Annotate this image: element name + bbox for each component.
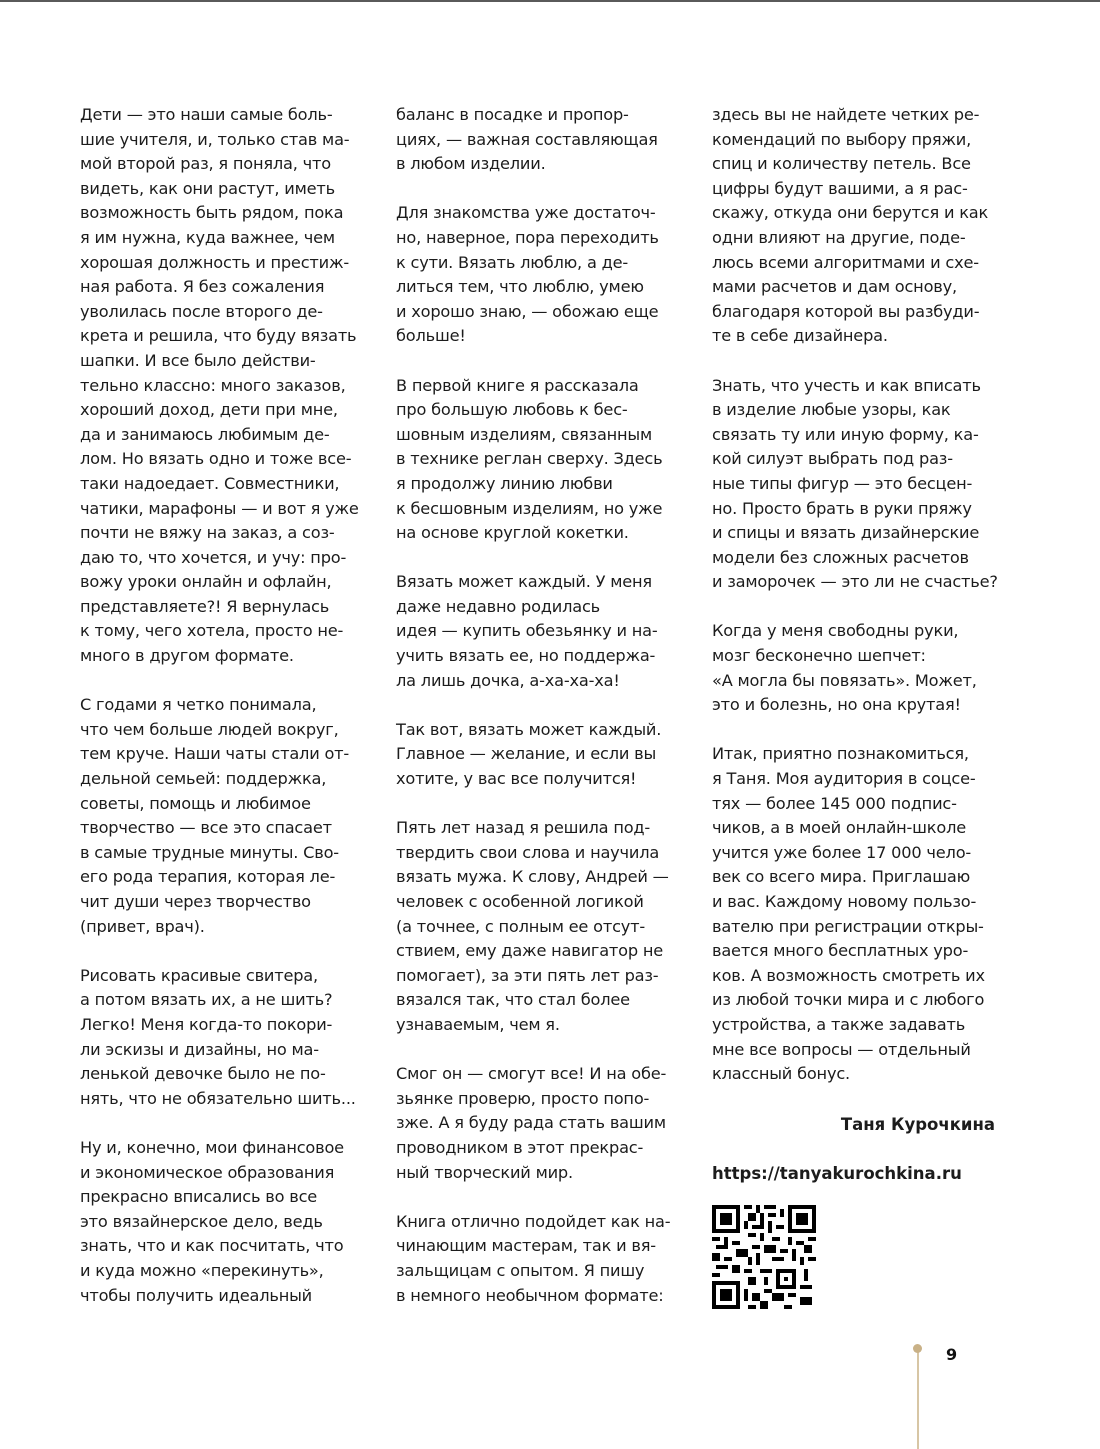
page-marker-dot-icon bbox=[913, 1344, 922, 1353]
page-number: 9 bbox=[946, 1345, 957, 1365]
text-line: даю то, что хочется, и учу: про- bbox=[80, 546, 380, 571]
text-line: чинающим мастерам, так и вя- bbox=[396, 1234, 696, 1259]
paragraph: Пять лет назад я решила под- твердить св… bbox=[396, 816, 696, 1037]
text-line: век со всего мира. Приглашаю bbox=[712, 865, 1012, 890]
text-line: вожу уроки онлайн и офлайн, bbox=[80, 570, 380, 595]
text-line: Главное — желание, и если вы bbox=[396, 742, 696, 767]
text-line: больше! bbox=[396, 324, 696, 349]
text-line: к бесшовным изделиям, но уже bbox=[396, 497, 696, 522]
text-line: те в себе дизайнера. bbox=[712, 324, 1012, 349]
text-line: цифры будут вашими, а я рас- bbox=[712, 177, 1012, 202]
text-line: знать, что и как посчитать, что bbox=[80, 1234, 380, 1259]
text-line: но, наверное, пора переходить bbox=[396, 226, 696, 251]
text-line: мне все вопросы — отдельный bbox=[712, 1038, 1012, 1063]
text-line: много в другом формате. bbox=[80, 644, 380, 669]
text-line: что чем больше людей вокруг, bbox=[80, 718, 380, 743]
paragraph: Так вот, вязать может каждый. Главное — … bbox=[396, 718, 696, 792]
text-line: я Таня. Моя аудитория в соцсе- bbox=[712, 767, 1012, 792]
paragraph: Для знакомства уже достаточ- но, наверно… bbox=[396, 201, 696, 349]
text-line: дельной семьей: поддержка, bbox=[80, 767, 380, 792]
qr-code-icon[interactable] bbox=[712, 1205, 816, 1309]
paragraph: Рисовать красивые свитера, а потом вязат… bbox=[80, 964, 380, 1112]
text-line: ли эскизы и дизайны, но ма- bbox=[80, 1038, 380, 1063]
text-line: возможность быть рядом, пока bbox=[80, 201, 380, 226]
text-line: уволилась после второго де- bbox=[80, 300, 380, 325]
text-line: тельно классно: много заказов, bbox=[80, 374, 380, 399]
text-line: Знать, что учесть и как вписать bbox=[712, 374, 1012, 399]
text-line: прекрасно вписались во все bbox=[80, 1185, 380, 1210]
text-line: Вязать может каждый. У меня bbox=[396, 570, 696, 595]
text-line: и вас. Каждому новому пользо- bbox=[712, 890, 1012, 915]
text-line: мозг бесконечно шепчет: bbox=[712, 644, 1012, 669]
text-line: хороший доход, дети при мне, bbox=[80, 398, 380, 423]
paragraph: Итак, приятно познакомиться, я Таня. Моя… bbox=[712, 742, 1012, 1086]
text-line: творчество — все это спасает bbox=[80, 816, 380, 841]
text-line: крета и решила, что буду вязать bbox=[80, 324, 380, 349]
text-line: на основе круглой кокетки. bbox=[396, 521, 696, 546]
text-line: чит души через творчество bbox=[80, 890, 380, 915]
paragraph: здесь вы не найдете четких ре- комендаци… bbox=[712, 103, 1012, 349]
text-line: я продолжу линию любви bbox=[396, 472, 696, 497]
text-line: в изделие любые узоры, как bbox=[712, 398, 1012, 423]
text-line: литься тем, что люблю, умею bbox=[396, 275, 696, 300]
text-line: Смог он — смогут все! И на обе- bbox=[396, 1062, 696, 1087]
text-line: чтобы получить идеальный bbox=[80, 1284, 380, 1309]
text-line: шовным изделиям, связанным bbox=[396, 423, 696, 448]
text-line: хотите, у вас все получится! bbox=[396, 767, 696, 792]
text-line: зже. А я буду рада стать вашим bbox=[396, 1111, 696, 1136]
paragraph: Смог он — смогут все! И на обе- зьянке п… bbox=[396, 1062, 696, 1185]
text-line: учить вязать ее, но поддержа- bbox=[396, 644, 696, 669]
text-line: представляете?! Я вернулась bbox=[80, 595, 380, 620]
text-line: это и болезнь, но она крутая! bbox=[712, 693, 1012, 718]
text-line: Дети — это наши самые боль- bbox=[80, 103, 380, 128]
text-line: мой второй раз, я поняла, что bbox=[80, 152, 380, 177]
text-line: в немного необычном формате: bbox=[396, 1284, 696, 1309]
text-line: Пять лет назад я решила под- bbox=[396, 816, 696, 841]
text-line: да и занимаюсь любимым де- bbox=[80, 423, 380, 448]
text-line: устройства, а также задавать bbox=[712, 1013, 1012, 1038]
text-line: спиц и количеству петель. Все bbox=[712, 152, 1012, 177]
text-line: узнаваемым, чем я. bbox=[396, 1013, 696, 1038]
text-line: шие учителя, и, только став ма- bbox=[80, 128, 380, 153]
top-border-line bbox=[0, 0, 1100, 2]
text-line: люсь всеми алгоритмами и схе- bbox=[712, 251, 1012, 276]
text-line: советы, помощь и любимое bbox=[80, 792, 380, 817]
author-website-link[interactable]: https://tanyakurochkina.ru bbox=[712, 1162, 962, 1186]
text-line: тем круче. Наши чаты стали от- bbox=[80, 742, 380, 767]
text-line: в самые трудные минуты. Сво- bbox=[80, 841, 380, 866]
text-column-2: баланс в посадке и пропор- циях, — важна… bbox=[396, 103, 696, 1333]
text-line: это вязайнерское дело, ведь bbox=[80, 1210, 380, 1235]
text-line: нять, что не обязательно шить... bbox=[80, 1087, 380, 1112]
text-line: модели без сложных расчетов bbox=[712, 546, 1012, 571]
text-line: Рисовать красивые свитера, bbox=[80, 964, 380, 989]
text-line: циях, — важная составляющая bbox=[396, 128, 696, 153]
text-line: лом. Но вязать одно и тоже все- bbox=[80, 447, 380, 472]
text-line: Когда у меня свободны руки, bbox=[712, 619, 1012, 644]
paragraph: Книга отлично подойдет как на- чинающим … bbox=[396, 1210, 696, 1308]
text-line: Книга отлично подойдет как на- bbox=[396, 1210, 696, 1235]
paragraph: Ну и, конечно, мои финансовое и экономич… bbox=[80, 1136, 380, 1308]
page-marker-line bbox=[917, 1347, 919, 1449]
text-line: учится уже более 17 000 чело- bbox=[712, 841, 1012, 866]
text-line: и экономическое образования bbox=[80, 1161, 380, 1186]
text-line: комендаций по выбору пряжи, bbox=[712, 128, 1012, 153]
text-line: хорошая должность и престиж- bbox=[80, 251, 380, 276]
text-line: ные типы фигур — это бесцен- bbox=[712, 472, 1012, 497]
text-line: «А могла бы повязать». Может, bbox=[712, 669, 1012, 694]
text-line: Так вот, вязать может каждый. bbox=[396, 718, 696, 743]
text-line: вателю при регистрации откры- bbox=[712, 915, 1012, 940]
text-line: чиков, а в моей онлайн-школе bbox=[712, 816, 1012, 841]
text-line: вается много бесплатных уро- bbox=[712, 939, 1012, 964]
text-line: ная работа. Я без сожаления bbox=[80, 275, 380, 300]
text-line: таки надоедает. Совместники, bbox=[80, 472, 380, 497]
text-line: (а точнее, с полным ее отсут- bbox=[396, 915, 696, 940]
text-line: идея — купить обезьянку и на- bbox=[396, 619, 696, 644]
text-line: проводником в этот прекрас- bbox=[396, 1136, 696, 1161]
text-line: к сути. Вязать люблю, а де- bbox=[396, 251, 696, 276]
text-line: связать ту или иную форму, ка- bbox=[712, 423, 1012, 448]
author-signature: Таня Курочкина bbox=[712, 1113, 995, 1137]
text-line: благодаря которой вы разбуди- bbox=[712, 300, 1012, 325]
text-line: про большую любовь к бес- bbox=[396, 398, 696, 423]
text-line: к тому, чего хотела, просто не- bbox=[80, 619, 380, 644]
text-line: Для знакомства уже достаточ- bbox=[396, 201, 696, 226]
text-line: классный бонус. bbox=[712, 1062, 1012, 1087]
text-line: одни влияют на другие, поде- bbox=[712, 226, 1012, 251]
text-line: почти не вяжу на заказ, а соз- bbox=[80, 521, 380, 546]
text-line: ков. А возможность смотреть их bbox=[712, 964, 1012, 989]
text-line: я им нужна, куда важнее, чем bbox=[80, 226, 380, 251]
text-column-1: Дети — это наши самые боль- шие учителя,… bbox=[80, 103, 380, 1333]
text-line: даже недавно родилась bbox=[396, 595, 696, 620]
text-line: видеть, как они растут, иметь bbox=[80, 177, 380, 202]
text-line: и спицы и вязать дизайнерские bbox=[712, 521, 1012, 546]
text-line: здесь вы не найдете четких ре- bbox=[712, 103, 1012, 128]
text-line: скажу, откуда они берутся и как bbox=[712, 201, 1012, 226]
text-line: ла лишь дочка, а-ха-ха-ха! bbox=[396, 669, 696, 694]
text-line: Ну и, конечно, мои финансовое bbox=[80, 1136, 380, 1161]
text-line: ленькой девочке было не по- bbox=[80, 1062, 380, 1087]
text-line: и заморочек — это ли не счастье? bbox=[712, 570, 1012, 595]
text-line: из любой точки мира и с любого bbox=[712, 988, 1012, 1013]
text-line: твердить свои слова и научила bbox=[396, 841, 696, 866]
text-line: мами расчетов и дам основу, bbox=[712, 275, 1012, 300]
text-line: и хорошо знаю, — обожаю еще bbox=[396, 300, 696, 325]
text-line: тях — более 145 000 подпис- bbox=[712, 792, 1012, 817]
paragraph: Вязать может каждый. У меня даже недавно… bbox=[396, 570, 696, 693]
text-line: в технике реглан сверху. Здесь bbox=[396, 447, 696, 472]
text-column-3: здесь вы не найдете четких ре- комендаци… bbox=[712, 103, 1012, 1111]
text-line: чатики, марафоны — и вот я уже bbox=[80, 497, 380, 522]
paragraph: Когда у меня свободны руки, мозг бесконе… bbox=[712, 619, 1012, 717]
text-line: в любом изделии. bbox=[396, 152, 696, 177]
paragraph: С годами я четко понимала, что чем больш… bbox=[80, 693, 380, 939]
paragraph: Дети — это наши самые боль- шие учителя,… bbox=[80, 103, 380, 669]
text-line: его рода терапия, которая ле- bbox=[80, 865, 380, 890]
text-line: В первой книге я рассказала bbox=[396, 374, 696, 399]
text-line: Легко! Меня когда-то покори- bbox=[80, 1013, 380, 1038]
text-line: шапки. И все было действи- bbox=[80, 349, 380, 374]
text-line: кой силуэт выбрать под раз- bbox=[712, 447, 1012, 472]
paragraph: Знать, что учесть и как вписать в издели… bbox=[712, 374, 1012, 595]
text-line: ный творческий мир. bbox=[396, 1161, 696, 1186]
paragraph: баланс в посадке и пропор- циях, — важна… bbox=[396, 103, 696, 177]
text-line: Итак, приятно познакомиться, bbox=[712, 742, 1012, 767]
text-line: С годами я четко понимала, bbox=[80, 693, 380, 718]
text-line: зальщицам с опытом. Я пишу bbox=[396, 1259, 696, 1284]
text-line: ствием, ему даже навигатор не bbox=[396, 939, 696, 964]
text-line: вязать мужа. К слову, Андрей — bbox=[396, 865, 696, 890]
text-line: помогает), за эти пять лет раз- bbox=[396, 964, 696, 989]
text-line: (привет, врач). bbox=[80, 915, 380, 940]
text-line: зьянке проверю, просто попо- bbox=[396, 1087, 696, 1112]
text-line: но. Просто брать в руки пряжу bbox=[712, 497, 1012, 522]
text-line: человек с особенной логикой bbox=[396, 890, 696, 915]
text-line: а потом вязать их, а не шить? bbox=[80, 988, 380, 1013]
paragraph: В первой книге я рассказала про большую … bbox=[396, 374, 696, 546]
text-line: баланс в посадке и пропор- bbox=[396, 103, 696, 128]
text-line: вязался так, что стал более bbox=[396, 988, 696, 1013]
text-line: и куда можно «перекинуть», bbox=[80, 1259, 380, 1284]
